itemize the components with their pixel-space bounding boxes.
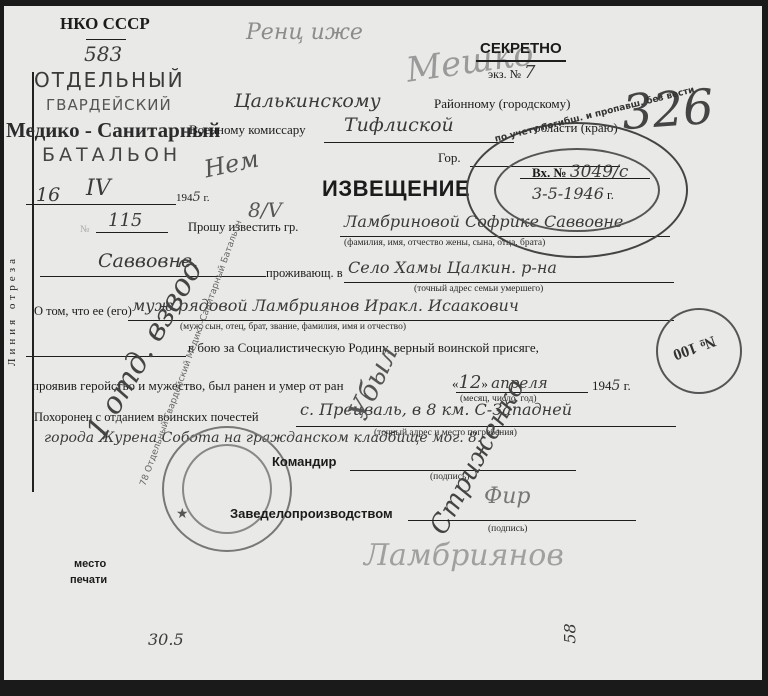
about-label: О том, что ее (его) (34, 304, 132, 319)
recipient-cont-underline (40, 276, 266, 277)
outgoing-number-label: № (80, 224, 90, 235)
date-month: IV (86, 176, 111, 201)
unit-stamp-line-1: ОТДЕЛЬНЫЙ (34, 68, 185, 92)
incoming-number-rule (520, 178, 650, 179)
org-label: НКО СССР (60, 14, 150, 34)
deceased-underline (128, 320, 674, 321)
address: Село Хамы Цалкин. р-на (348, 258, 557, 277)
incoming-date-unit: г. (607, 188, 614, 202)
mark-date: 8/V (248, 198, 282, 222)
bottom-number-right: 58 (561, 623, 580, 643)
unit-stamp-line-2: ГВАРДЕЙСКИЙ (46, 96, 172, 114)
incoming-date: 3-5-1946 г. (532, 184, 614, 203)
round-seal: 78 Отдельный Гвардейский Медико-Санитарн… (162, 426, 292, 552)
numbered-circle-text: № 100 (670, 331, 718, 363)
buried-label: Похоронен с отданием воинских почестей (34, 410, 259, 425)
org-number-rule (86, 39, 126, 40)
date-year-unit: г. (204, 192, 210, 204)
region-handwritten: Тифлиской (344, 114, 454, 136)
death-day: 12 (459, 372, 482, 393)
death-year: 1945 г. (592, 378, 631, 394)
residing-label: проживающ. в (266, 266, 343, 281)
document-sheet: Линия отреза НКО СССР 583 ОТДЕЛЬНЫЙ ГВАР… (4, 6, 762, 680)
surname-faint: Ламбриянов (364, 538, 564, 573)
commander-label: Командир (272, 454, 336, 469)
cut-line-label: Линия отреза (6, 216, 26, 406)
bottom-number-left: 30.5 (148, 630, 184, 649)
clerk-signature: Фир (484, 484, 531, 509)
clerk-hint: (подпись) (488, 524, 527, 534)
address-hint: (точный адрес семьи умершего) (414, 284, 543, 294)
stamp-place-2: печати (70, 574, 107, 586)
death-year-suffix: 5 (612, 378, 621, 394)
blank-underline (26, 356, 186, 357)
address-underline (344, 282, 674, 283)
note-top-left: Ренц иже (246, 20, 363, 45)
heroism-line: проявив геройство и мужество, был ранен … (32, 378, 344, 394)
mark-nem: Нем (202, 145, 262, 184)
copy-label: экз. № 7 (488, 62, 535, 83)
date-day: 16 (36, 184, 60, 206)
stamp-place-1: место (74, 558, 106, 570)
district-handwritten: Цалькинскому (234, 90, 381, 112)
org-number: 583 (84, 42, 122, 66)
document-title: ИЗВЕЩЕНИЕ (322, 176, 470, 202)
commissar-label: Военному комиссару (189, 122, 306, 138)
region-underline (324, 142, 514, 143)
clerk-label: Заведелопроизводством (230, 506, 393, 521)
incoming-date-value: 3-5-1946 (532, 184, 604, 203)
date-year: 1945 г. (176, 190, 210, 205)
outgoing-underline (96, 232, 168, 233)
numbered-circle-stamp: № 100 (656, 308, 742, 394)
round-seal-text: 78 Отдельный Гвардейский Медико-Санитарн… (139, 475, 152, 488)
date-underline (26, 204, 176, 205)
district-label: Районному (городскому) (434, 96, 570, 112)
copy-number: 7 (524, 62, 535, 83)
copy-label-text: экз. № (488, 67, 521, 81)
deceased-hint: (муж, сын, отец, брат, звание, фамилия, … (180, 322, 406, 332)
unit-stamp-line-4: БАТАЛЬОН (42, 144, 181, 166)
city-label: Гор. (438, 150, 461, 166)
classification-label: СЕКРЕТНО (480, 40, 562, 57)
death-year-prefix: 194 (592, 378, 612, 393)
outgoing-number: 115 (108, 210, 142, 231)
battle-line: в бою за Социалистическую Родину, верный… (188, 340, 539, 356)
date-year-suffix: 5 (193, 190, 201, 205)
death-year-unit: г. (624, 378, 631, 393)
incoming-number: Вх. № 3049/с (532, 162, 628, 182)
incoming-number-value: 3049/с (570, 162, 629, 182)
clerk-underline (408, 520, 636, 521)
star-icon: ★ (176, 506, 189, 523)
date-year-prefix: 194 (176, 192, 193, 204)
